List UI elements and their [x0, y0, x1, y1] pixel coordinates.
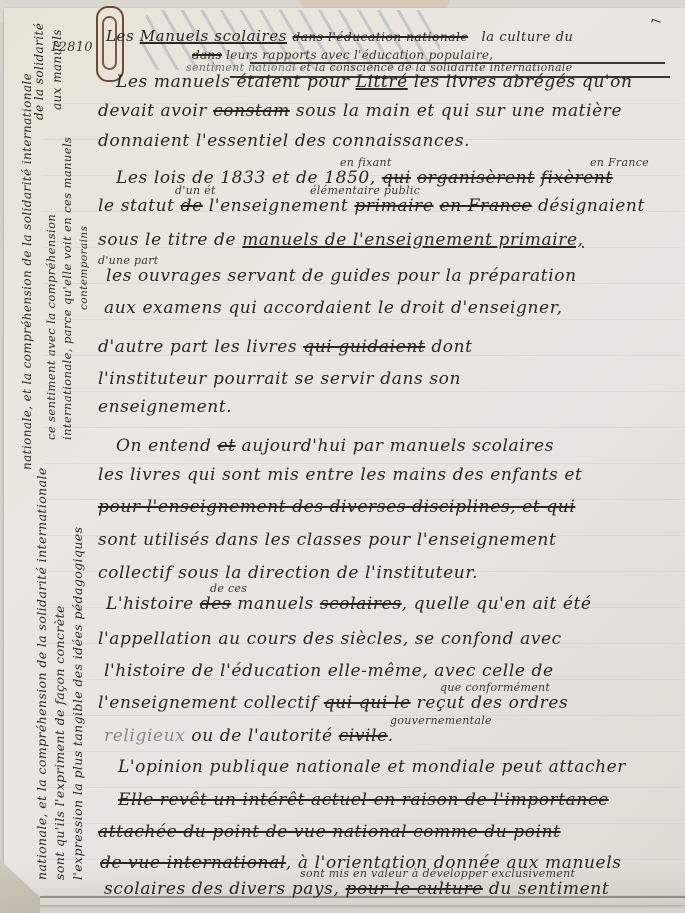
struck-text: attachée du point de vue national comme …: [98, 822, 561, 842]
margin-note: l'expression la plus tangible des idées …: [70, 527, 85, 880]
underlined-text: manuels de l'enseignement primaire,: [242, 230, 583, 250]
line-text: l'appellation au cours des siècles, se c…: [98, 629, 562, 649]
manuscript-line: attachée du point de vue national comme …: [98, 822, 561, 842]
line-text: désignaient: [532, 196, 645, 216]
manuscript-line: Elle revêt un intérêt actuel en raison d…: [118, 790, 609, 810]
line-text: donnaient l'essentiel des connaissances.: [98, 131, 470, 151]
margin-note: nationale, et la compréhension de la sol…: [34, 467, 49, 880]
interlinear-insertion: gouvernementale: [390, 714, 492, 727]
manuscript-line: donnaient l'essentiel des connaissances.: [98, 131, 470, 151]
line-text: collectif sous la direction de l'institu…: [98, 563, 478, 583]
struck-text: et: [217, 436, 235, 456]
line-text: manuels: [231, 594, 320, 614]
title-prefix: Les: [106, 27, 134, 45]
line-text: religieux: [104, 726, 185, 746]
struck-text: pour le culture: [345, 879, 482, 899]
line-text: les livres qui sont mis entre les mains …: [98, 465, 582, 485]
margin-note: de la solidarité: [32, 23, 46, 120]
manuscript-line: sont utilisés dans les classes pour l'en…: [98, 530, 556, 550]
struck-text: organisèrent: [417, 168, 535, 188]
line-text: , quelle qu'en ait été: [402, 594, 592, 614]
title-rule: [250, 62, 665, 64]
manuscript-line: religieux ou de l'autorité civile.: [104, 726, 394, 746]
interlinear-insertion: en France: [590, 156, 649, 169]
struck-text: fixèrent: [541, 168, 613, 188]
manuscript-line: collectif sous la direction de l'institu…: [98, 563, 478, 583]
line-text: l'enseignement collectif: [98, 693, 324, 713]
interlinear-insertion: élémentaire public: [310, 184, 420, 197]
line-text: d'autre part les livres: [98, 337, 303, 357]
struck-text: des: [200, 594, 231, 614]
line-text: L'opinion publique nationale et mondiale…: [118, 757, 626, 777]
interlinear-insertion: d'un ét: [175, 184, 216, 197]
line-text: le statut: [98, 196, 181, 216]
line-text: reçut des ordres: [411, 693, 569, 713]
interlinear-insertion: en fixant: [340, 156, 392, 169]
line-text: On entend: [116, 436, 217, 456]
manuscript-line: L'opinion publique nationale et mondiale…: [118, 757, 626, 777]
line-text: sous la main et qui sur une matière: [290, 101, 622, 121]
title-main: Manuels scolaires: [140, 27, 287, 45]
margin-note: contemporains: [78, 226, 90, 310]
line-text: L'histoire: [106, 594, 200, 614]
manuscript-line: scolaires des divers pays, pour le cultu…: [104, 879, 609, 899]
manuscript-line: l'appellation au cours des siècles, se c…: [98, 629, 562, 649]
line-text: ou de l'autorité: [185, 726, 338, 746]
manuscript-line: les ouvrages servant de guides pour la p…: [106, 266, 577, 286]
line-text: aujourd'hui par manuels scolaires: [236, 436, 555, 456]
underlined-text: Littré: [356, 72, 408, 92]
struck-text: scolaires: [320, 594, 402, 614]
struck-text: constam: [213, 101, 290, 121]
manuscript-line: d'autre part les livres qui guidaient do…: [98, 337, 473, 357]
struck-text: de: [181, 196, 203, 216]
line-text: sont utilisés dans les classes pour l'en…: [98, 530, 556, 550]
manuscript-line: l'enseignement collectif qui qui le reçu…: [98, 693, 568, 713]
manuscript-line: l'instituteur pourrait se servir dans so…: [98, 369, 461, 389]
line-text: les ouvrages servant de guides pour la p…: [106, 266, 577, 286]
line-text: dont: [425, 337, 472, 357]
manuscript-line: les livres qui sont mis entre les mains …: [98, 465, 582, 485]
manuscript-line: On entend et aujourd'hui par manuels sco…: [116, 436, 554, 456]
manuscript-line: Les manuels étaient pour Littré les livr…: [116, 72, 633, 92]
line-text: du sentiment: [483, 879, 609, 899]
struck-text: primaire: [354, 196, 433, 216]
line-text: aux examens qui accordaient le droit d'e…: [104, 298, 563, 318]
interlinear-insertion: que conformément: [440, 681, 550, 694]
struck-text: de vue international: [100, 853, 286, 873]
interlinear-insertion: de ces: [210, 582, 247, 595]
line-text: les livres abrégés qu'on: [408, 72, 633, 92]
manuscript-line: enseignement.: [98, 397, 232, 417]
line-text: enseignement.: [98, 397, 232, 417]
line-text: sous le titre de: [98, 230, 242, 250]
manuscript-line: sous le titre de manuels de l'enseigneme…: [98, 230, 584, 250]
struck-text: civile: [339, 726, 388, 746]
title-line2: leurs rapports avec l'éducation populair…: [226, 48, 493, 62]
margin-note: nationale, et la compréhension de la sol…: [20, 73, 34, 470]
margin-note: aux manuels: [50, 29, 64, 110]
line-text: l'histoire de l'éducation elle-même, ave…: [104, 661, 554, 681]
manuscript-line: le statut de l'enseignement primaire en …: [98, 196, 645, 216]
struck-text: qui guidaient: [303, 337, 425, 357]
interlinear-insertion: sont mis en valeur à développer exclusiv…: [300, 867, 575, 880]
line-text: devait avoir: [98, 101, 213, 121]
struck-text: pour l'enseignement des diverses discipl…: [98, 497, 575, 517]
manuscript-line: aux examens qui accordaient le droit d'e…: [104, 298, 563, 318]
struck-text: en France: [440, 196, 532, 216]
manuscript-line: L'histoire des manuels scolaires, quelle…: [106, 594, 592, 614]
manuscript-line: l'histoire de l'éducation elle-même, ave…: [104, 661, 554, 681]
line-text: .: [388, 726, 394, 746]
struck-text: Elle revêt un intérêt actuel en raison d…: [118, 790, 609, 810]
struck-text: qui qui le: [324, 693, 411, 713]
line-text: scolaires des divers pays,: [104, 879, 345, 899]
manuscript-line: devait avoir constam sous la main et qui…: [98, 101, 622, 121]
line-text: l'enseignement: [203, 196, 355, 216]
title-line2-struck: dans: [192, 48, 222, 62]
title-continuation: la culture du: [482, 30, 574, 45]
line-text: l'instituteur pourrait se servir dans so…: [98, 369, 461, 389]
manuscript-line: pour l'enseignement des diverses discipl…: [98, 497, 575, 517]
interlinear-insertion: d'une part: [98, 254, 159, 267]
margin-note: internationale, parce qu'elle voit en ce…: [60, 137, 74, 440]
title-struck: dans l'éducation nationale: [292, 30, 468, 44]
line-text: Les manuels étaient pour: [116, 72, 356, 92]
margin-note: sont qu'ils l'expriment de façon concrèt…: [52, 605, 67, 880]
margin-note: ce sentiment avec la compréhension: [44, 214, 58, 440]
